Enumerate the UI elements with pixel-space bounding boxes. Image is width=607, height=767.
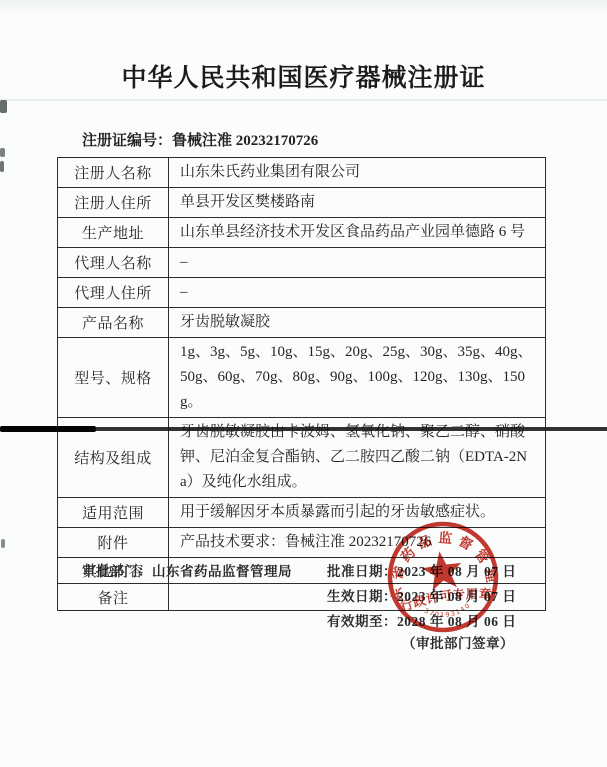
row-label: 生产地址 — [58, 218, 169, 248]
table-row-registrant-name: 注册人名称 山东朱氏药业集团有限公司 — [58, 158, 546, 188]
row-label: 代理人名称 — [58, 248, 169, 278]
scan-artifact-speck — [0, 161, 4, 172]
row-value: 山东朱氏药业集团有限公司 — [169, 158, 546, 188]
row-label: 产品名称 — [58, 308, 169, 338]
table-row-agent-name: 代理人名称 – — [58, 248, 546, 278]
row-label: 型号、规格 — [58, 338, 169, 418]
certificate-page: 中华人民共和国医疗器械注册证 注册证编号：鲁械注准 20232170726 注册… — [0, 0, 607, 767]
table-row-production-address: 生产地址 山东单县经济技术开发区食品药品产业园单德路 6 号 — [58, 218, 546, 248]
row-value: 1g、3g、5g、10g、15g、20g、25g、30g、35g、40g、50g… — [169, 338, 546, 418]
official-seal-stamp: 山东省药品监督管理局 行政许可专用章 370193140 — [370, 504, 517, 651]
row-value: 单县开发区樊楼路南 — [169, 188, 546, 218]
scan-artifact-speck — [0, 148, 5, 157]
row-label: 代理人住所 — [58, 278, 169, 308]
table-row-agent-address: 代理人住所 – — [58, 278, 546, 308]
row-value: – — [169, 278, 546, 308]
scan-fold-line — [0, 99, 607, 101]
approval-department: 审批部门：山东省药品监督管理局 — [82, 560, 292, 580]
row-label: 附件 — [58, 528, 169, 558]
row-label: 注册人住所 — [58, 188, 169, 218]
row-label: 注册人名称 — [58, 158, 169, 188]
certificate-title: 中华人民共和国医疗器械注册证 — [0, 58, 607, 94]
table-row-model-spec: 型号、规格 1g、3g、5g、10g、15g、20g、25g、30g、35g、4… — [58, 338, 546, 418]
scan-artifact-line-edge — [0, 426, 96, 432]
row-label: 适用范围 — [58, 498, 169, 528]
seal-band-text: 行政许可专用章 — [398, 582, 495, 615]
row-value: 牙齿脱敏凝胶 — [169, 308, 546, 338]
table-row-product-name: 产品名称 牙齿脱敏凝胶 — [58, 308, 546, 338]
certificate-number-line: 注册证编号：鲁械注准 20232170726 — [82, 129, 318, 150]
row-label: 备注 — [58, 584, 169, 611]
table-row-registrant-address: 注册人住所 单县开发区樊楼路南 — [58, 188, 546, 218]
row-value: – — [169, 248, 546, 278]
scan-shadow-strip — [0, 0, 607, 14]
scan-artifact-speck — [0, 100, 7, 113]
row-value: 山东单县经济技术开发区食品药品产业园单德路 6 号 — [169, 218, 546, 248]
seal-star-icon — [420, 548, 465, 591]
scan-artifact-speck — [1, 539, 5, 548]
